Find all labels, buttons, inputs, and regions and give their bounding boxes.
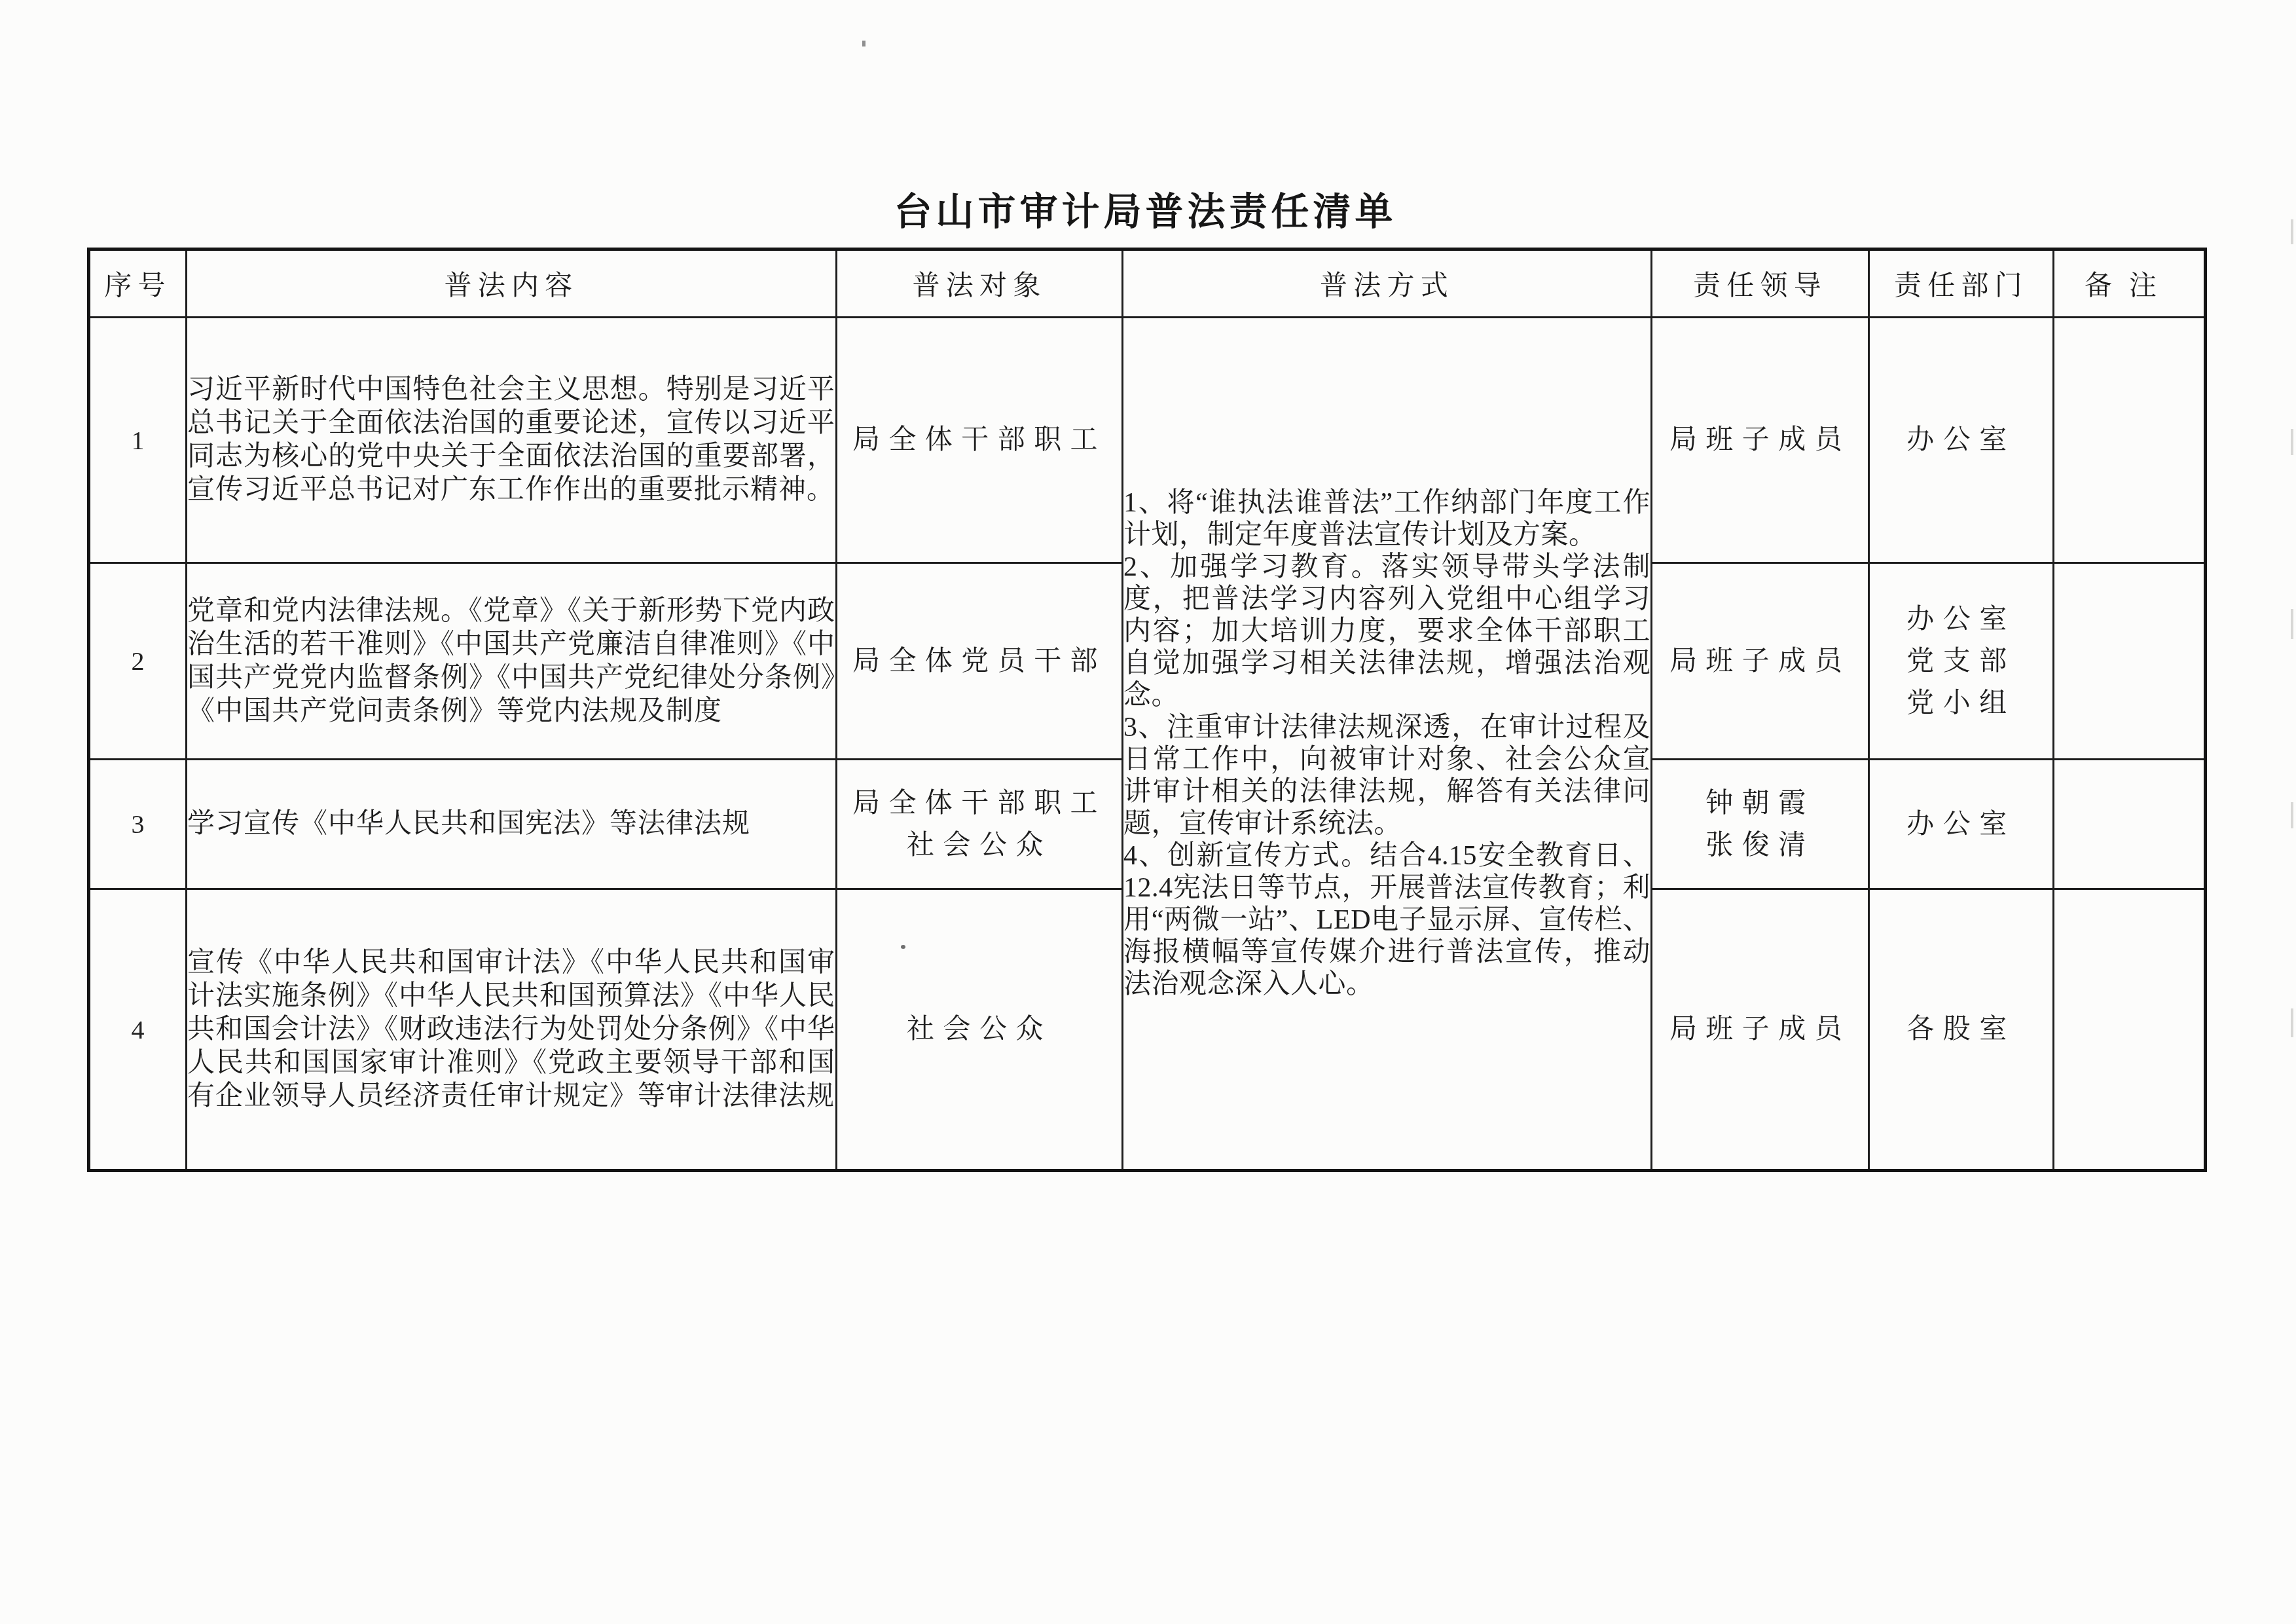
content-cell: 党章和党内法律法规。《党章》《关于新形势下党内政治生活的若干准则》《中国共产党廉…	[187, 563, 837, 760]
header-remark: 备注	[2054, 249, 2206, 318]
responsibility-table: 序号 普法内容 普法对象 普法方式 责任领导 责任部门 备注 1 习近平新时代中…	[87, 248, 2207, 1172]
scanned-document-page: 台山市审计局普法责任清单 序号 普法内容 普法对象 普法方式 责任领导 责任部门…	[0, 0, 2296, 1624]
remark-cell	[2054, 889, 2206, 1171]
content-cell: 宣传《中华人民共和国审计法》《中华人民共和国审计法实施条例》《中华人民共和国预算…	[187, 889, 837, 1171]
leader-cell: 局班子成员	[1652, 563, 1869, 760]
target-cell: 社会公众	[837, 889, 1123, 1171]
department-cell: 各股室	[1869, 889, 2054, 1171]
method-merged-cell: 1、将“谁执法谁普法”工作纳部门年度工作计划，制定年度普法宣传计划及方案。 2、…	[1123, 318, 1652, 1171]
header-seq-no: 序号	[89, 249, 187, 318]
scan-edge-artifact	[2291, 802, 2293, 828]
row-number: 4	[89, 889, 187, 1171]
scan-speck	[862, 41, 866, 46]
remark-cell	[2054, 563, 2206, 760]
row-number: 1	[89, 318, 187, 563]
scan-edge-artifact	[2291, 1008, 2293, 1037]
scan-edge-artifact	[2291, 219, 2293, 244]
content-cell: 学习宣传《中华人民共和国宪法》等法律法规	[187, 760, 837, 889]
leader-cell: 局班子成员	[1652, 889, 1869, 1171]
target-cell: 局全体党员干部	[837, 563, 1123, 760]
remark-cell	[2054, 760, 2206, 889]
header-content: 普法内容	[187, 249, 837, 318]
target-cell: 局全体干部职工	[837, 318, 1123, 563]
scan-speck	[901, 945, 905, 949]
header-target: 普法对象	[837, 249, 1123, 318]
leader-cell: 局班子成员	[1652, 318, 1869, 563]
leader-cell: 钟朝霞 张俊清	[1652, 760, 1869, 889]
target-cell: 局全体干部职工 社会公众	[837, 760, 1123, 889]
remark-cell	[2054, 318, 2206, 563]
table-row-1: 1 习近平新时代中国特色社会主义思想。特别是习近平总书记关于全面依法治国的重要论…	[89, 318, 2206, 563]
header-row: 序号 普法内容 普法对象 普法方式 责任领导 责任部门 备注	[89, 249, 2206, 318]
header-method: 普法方式	[1123, 249, 1652, 318]
department-cell: 办公室	[1869, 760, 2054, 889]
row-number: 2	[89, 563, 187, 760]
department-cell: 办公室 党支部 党小组	[1869, 563, 2054, 760]
scan-edge-artifact	[2291, 429, 2293, 455]
scan-edge-artifact	[2291, 609, 2293, 639]
row-number: 3	[89, 760, 187, 889]
content-cell: 习近平新时代中国特色社会主义思想。特别是习近平总书记关于全面依法治国的重要论述，…	[187, 318, 837, 563]
department-cell: 办公室	[1869, 318, 2054, 563]
header-department: 责任部门	[1869, 249, 2054, 318]
header-leader: 责任领导	[1652, 249, 1869, 318]
document-title: 台山市审计局普法责任清单	[87, 181, 2204, 236]
